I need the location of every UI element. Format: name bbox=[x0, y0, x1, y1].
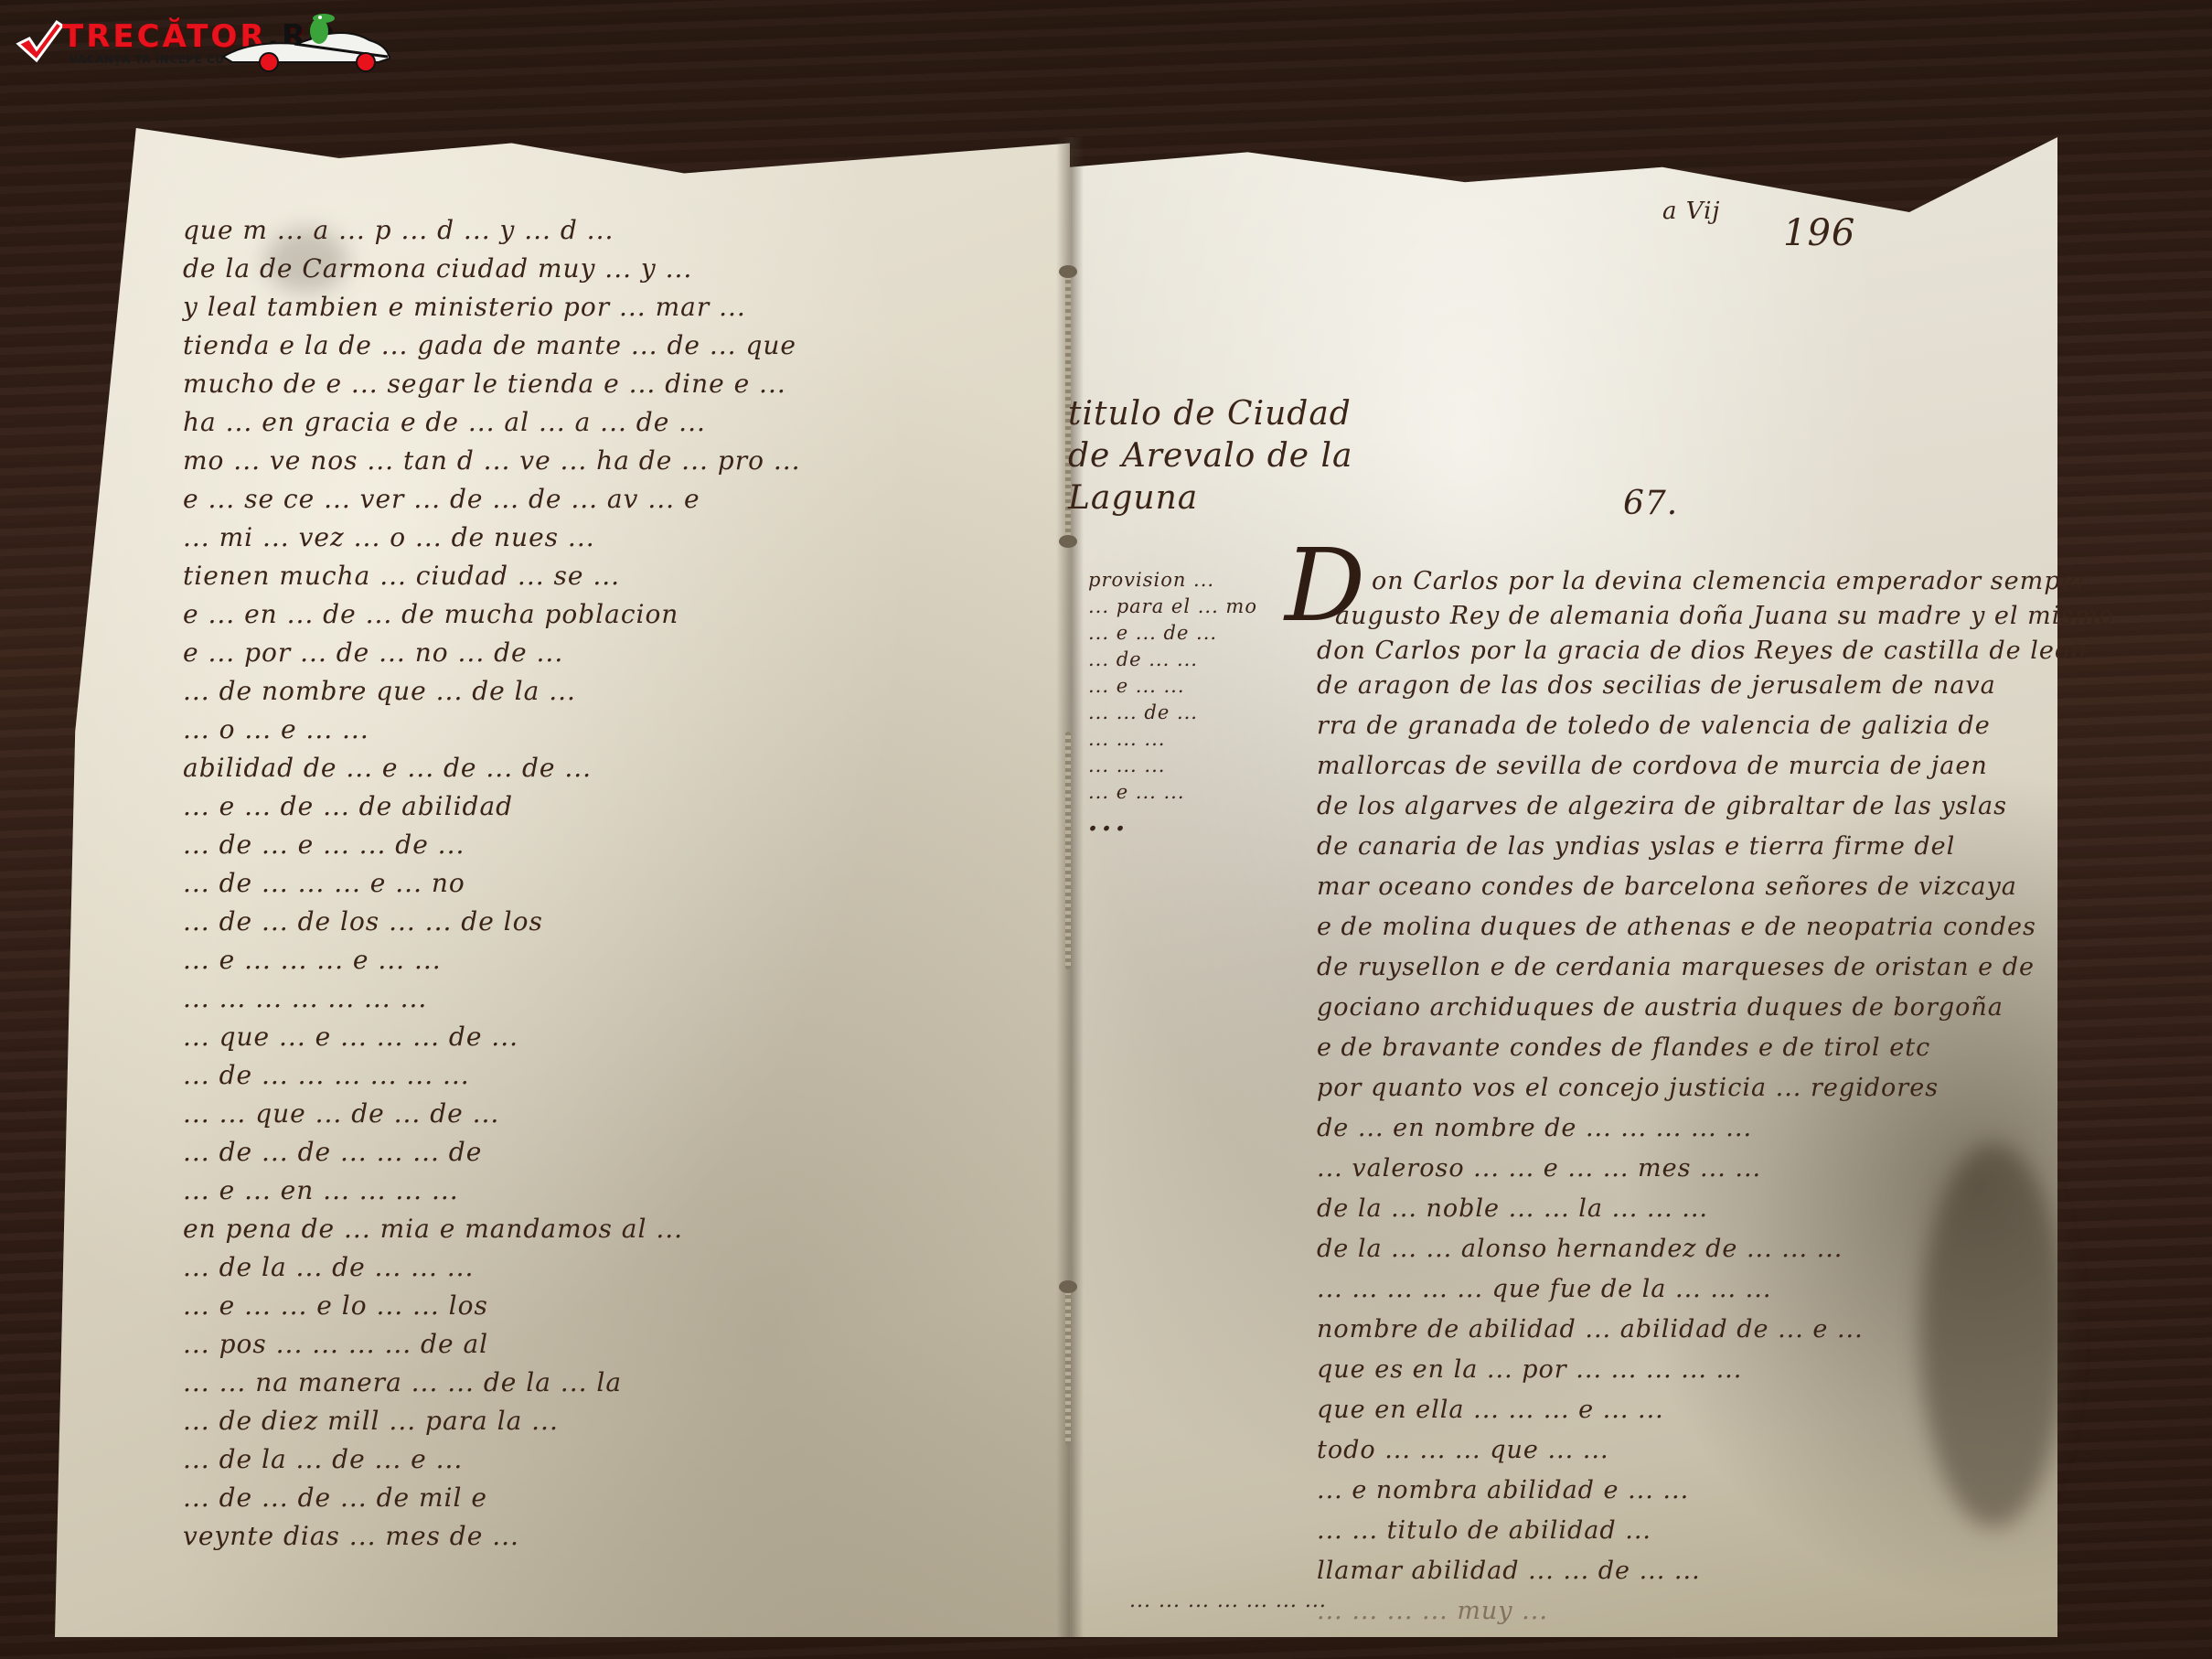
manuscript-line: de la ... noble ... ... la ... ... ... bbox=[1317, 1194, 1708, 1223]
manuscript-line: y leal tambien e ministerio por ... mar … bbox=[183, 292, 746, 322]
manuscript-line: ... ... que ... de ... de ... bbox=[183, 1098, 499, 1129]
manuscript-line: mar oceano condes de barcelona señores d… bbox=[1317, 872, 2017, 901]
manuscript-line: ... ... ... ... muy ... bbox=[1317, 1597, 1548, 1625]
manuscript-line: ... o ... e ... ... bbox=[183, 714, 369, 744]
manuscript-line: en pena de ... mia e mandamos al ... bbox=[183, 1214, 683, 1244]
manuscript-line: que es en la ... por ... ... ... ... ... bbox=[1317, 1355, 1742, 1384]
manuscript-line: ... ... ... ... ... que fue de la ... ..… bbox=[1317, 1275, 1771, 1303]
manuscript-line: e ... se ce ... ver ... de ... de ... av… bbox=[183, 484, 700, 514]
manuscript-line: ... e ... ... e lo ... ... los bbox=[183, 1290, 488, 1321]
manuscript-line: ... e nombra abilidad e ... ... bbox=[1317, 1476, 1689, 1504]
margin-note-line: ... de ... ... bbox=[1088, 647, 1257, 673]
manuscript-line: e ... en ... de ... de mucha poblacion bbox=[183, 599, 679, 629]
margin-heading-line: Laguna bbox=[1068, 477, 1353, 519]
binding-knot bbox=[1059, 535, 1077, 548]
manuscript-line: ... e ... en ... ... ... ... bbox=[183, 1175, 459, 1205]
manuscript-line: tienen mucha ... ciudad ... se ... bbox=[183, 561, 620, 591]
manuscript-line: ... ... na manera ... ... de la ... la bbox=[183, 1367, 622, 1397]
margin-heading-line: de Arevalo de la bbox=[1068, 435, 1353, 477]
margin-note: provision ... ... para el ... mo ... e .… bbox=[1088, 567, 1257, 806]
manuscript-line: ... de diez mill ... para la ... bbox=[183, 1406, 559, 1436]
margin-note-line: ... para el ... mo bbox=[1088, 594, 1257, 620]
checkmark-icon bbox=[15, 18, 65, 64]
crocodile-car-icon bbox=[214, 13, 397, 73]
manuscript-line: ... e ... ... ... e ... ... bbox=[183, 945, 442, 975]
manuscript-line: que en ella ... ... ... e ... ... bbox=[1317, 1396, 1664, 1424]
manuscript-line: ... de ... de ... ... ... de bbox=[183, 1137, 482, 1167]
manuscript-line: rra de granada de toledo de valencia de … bbox=[1317, 712, 1991, 740]
margin-heading-line: titulo de Ciudad bbox=[1068, 393, 1353, 435]
section-number: 67. bbox=[1623, 485, 1678, 522]
manuscript-line: ha ... en gracia e de ... al ... a ... d… bbox=[183, 407, 706, 437]
binding-knot bbox=[1059, 1280, 1077, 1293]
manuscript-line: mo ... ve nos ... tan d ... ve ... ha de… bbox=[183, 445, 801, 476]
binding-thread bbox=[1065, 1280, 1071, 1445]
manuscript-line: todo ... ... ... que ... ... bbox=[1317, 1436, 1609, 1464]
manuscript-line: de la ... ... alonso hernandez de ... ..… bbox=[1317, 1235, 1843, 1263]
manuscript-line: ... e ... de ... de abilidad bbox=[183, 791, 513, 821]
manuscript-line: llamar abilidad ... ... de ... ... bbox=[1317, 1557, 1701, 1585]
margin-note-line: ... e ... ... bbox=[1088, 673, 1257, 700]
binding-knot bbox=[1059, 265, 1077, 278]
manuscript-line: augusto Rey de alemania doña Juana su ma… bbox=[1335, 602, 2114, 630]
folio-mark: a Vij bbox=[1662, 198, 1720, 225]
manuscript-line: de la de Carmona ciudad muy ... y ... bbox=[183, 253, 692, 284]
manuscript-line: ... mi ... vez ... o ... de nues ... bbox=[183, 522, 595, 552]
trecator-watermark-logo: TRECĂTOR.RO VACANȚA TA ÎNCEPE CU NOI bbox=[5, 7, 408, 76]
manuscript-line: gociano archiduques de austria duques de… bbox=[1317, 993, 2004, 1022]
manuscript-line: nombre de abilidad ... abilidad de ... e… bbox=[1317, 1315, 1864, 1343]
manuscript-line: e de bravante condes de flandes e de tir… bbox=[1317, 1033, 1930, 1062]
manuscript-line: ... de la ... de ... ... ... bbox=[183, 1252, 474, 1282]
manuscript-line: de los algarves de algezira de gibraltar… bbox=[1317, 792, 2007, 820]
manuscript-line: on Carlos por la devina clemencia empera… bbox=[1372, 567, 2089, 595]
paper-stain bbox=[1920, 1143, 2067, 1527]
manuscript-line: ... valeroso ... ... e ... ... mes ... .… bbox=[1317, 1154, 1761, 1183]
manuscript-line: que m ... a ... p ... d ... y ... d ... bbox=[183, 215, 614, 245]
manuscript-line: tienda e la de ... gada de mante ... de … bbox=[183, 330, 796, 360]
folio-number: 196 bbox=[1783, 212, 1855, 254]
manuscript-line: ... ... ... ... ... ... ... bbox=[183, 983, 427, 1013]
manuscript-line: ... de nombre que ... de la ... bbox=[183, 676, 576, 706]
manuscript-line: ... de ... de los ... ... de los bbox=[183, 906, 543, 937]
manuscript-line: don Carlos por la gracia de dios Reyes d… bbox=[1317, 637, 2087, 665]
manuscript-line: e ... por ... de ... no ... de ... bbox=[183, 637, 563, 668]
manuscript-line: ... de ... de ... de mil e bbox=[183, 1482, 487, 1513]
margin-note-line: provision ... bbox=[1088, 567, 1257, 594]
manuscript-line: de canaria de las yndias yslas e tierra … bbox=[1317, 832, 1955, 861]
manuscript-line: ... que ... e ... ... ... de ... bbox=[183, 1022, 518, 1052]
manuscript-line: ... ... titulo de abilidad ... bbox=[1317, 1516, 1651, 1545]
binding-thread bbox=[1065, 732, 1071, 969]
margin-note-line: ... e ... de ... bbox=[1088, 620, 1257, 647]
signature-flourish: ... bbox=[1086, 794, 1127, 840]
manuscript-line: ... de ... e ... ... de ... bbox=[183, 829, 465, 860]
footer-note: ... ... ... ... ... ... ... bbox=[1129, 1589, 1327, 1612]
margin-note-line: ... ... ... bbox=[1088, 753, 1257, 779]
manuscript-line: de ruysellon e de cerdania marqueses de … bbox=[1317, 953, 2035, 981]
manuscript-line: ... de ... ... ... e ... no bbox=[183, 868, 465, 898]
manuscript-line: ... pos ... ... ... ... de al bbox=[183, 1329, 488, 1359]
manuscript-line: mallorcas de sevilla de cordova de murci… bbox=[1317, 752, 1988, 780]
margin-note-line: ... ... de ... bbox=[1088, 700, 1257, 726]
manuscript-line: de ... en nombre de ... ... ... ... ... bbox=[1317, 1114, 1752, 1142]
manuscript-line: e de molina duques de athenas e de neopa… bbox=[1317, 913, 2036, 941]
manuscript-line: veynte dias ... mes de ... bbox=[183, 1521, 519, 1551]
manuscript-line: de aragon de las dos secilias de jerusal… bbox=[1317, 671, 1996, 700]
manuscript-line: ... de ... ... ... ... ... ... bbox=[183, 1060, 470, 1090]
margin-note-line: ... ... ... bbox=[1088, 726, 1257, 753]
margin-heading: titulo de Ciudad de Arevalo de la Laguna bbox=[1068, 393, 1353, 519]
manuscript-line: por quanto vos el concejo justicia ... r… bbox=[1317, 1074, 1939, 1102]
manuscript-line: ... de la ... de ... e ... bbox=[183, 1444, 463, 1474]
manuscript-line: abilidad de ... e ... de ... de ... bbox=[183, 753, 592, 783]
manuscript-line: mucho de e ... segar le tienda e ... din… bbox=[183, 369, 786, 399]
